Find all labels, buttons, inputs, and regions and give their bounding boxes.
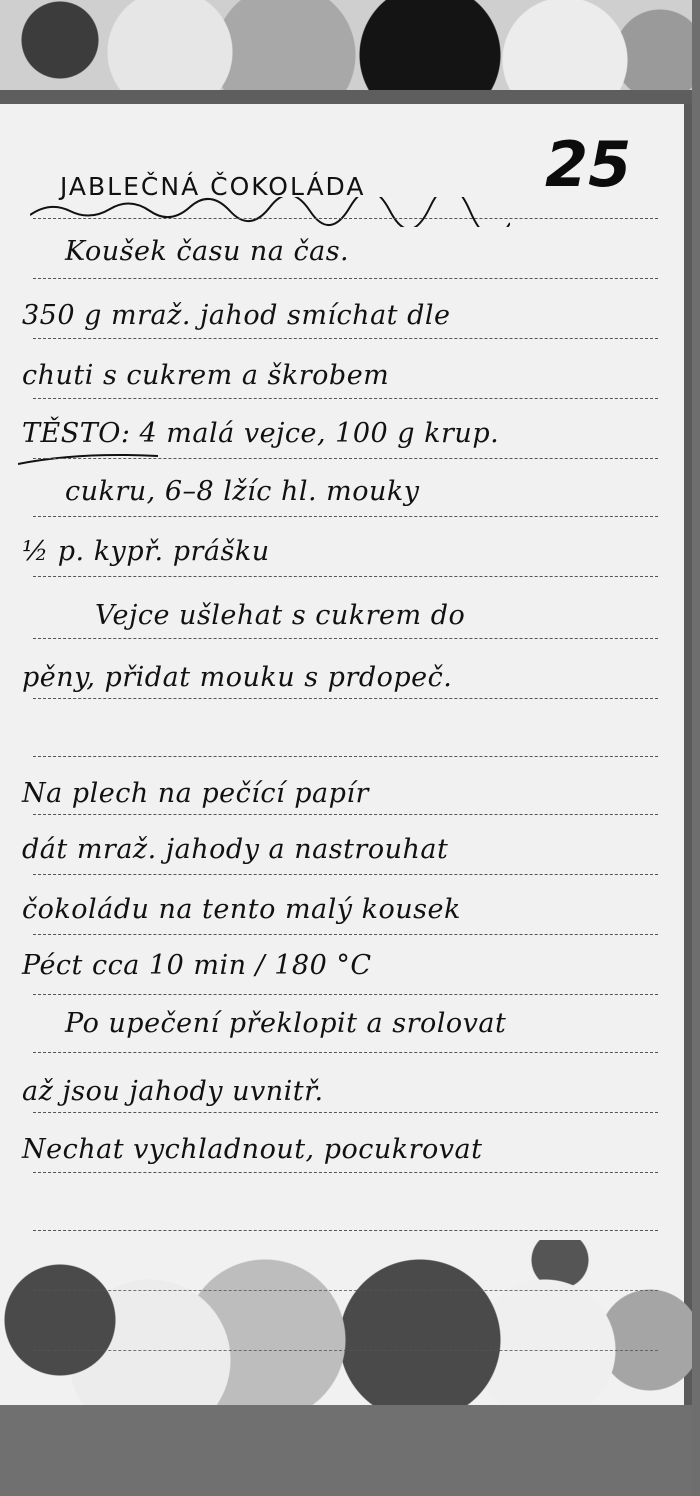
recipe-line: pěny, přidat mouku s prdopeč.	[22, 662, 662, 693]
recipe-card: 25 JABLEČNÁ ČOKOLÁDA Koušek času na čas.…	[0, 0, 692, 1496]
recipe-line: ½ p. kypř. prášku	[22, 536, 662, 567]
ruled-line	[33, 874, 658, 875]
ruled-line	[33, 994, 658, 995]
ruled-line	[33, 1052, 658, 1053]
ruled-line	[33, 698, 658, 699]
title-wavy-underline	[30, 197, 510, 227]
recipe-line-dough-label: TĚSTO: 4 malá vejce, 100 g krup.	[22, 418, 662, 449]
bottom-band	[0, 1405, 692, 1496]
dough-label-underline	[18, 452, 158, 466]
ruled-line	[33, 934, 658, 935]
floral-border-top	[0, 0, 692, 104]
ruled-line	[33, 756, 658, 757]
ruled-line	[33, 1172, 658, 1173]
ruled-line	[33, 218, 658, 219]
ruled-line	[33, 398, 658, 399]
ruled-line	[33, 1350, 658, 1351]
recipe-line: Vejce ušlehat s cukrem do	[95, 600, 700, 631]
recipe-line: až jsou jahody uvnitř.	[22, 1076, 662, 1107]
ruled-line	[33, 1290, 658, 1291]
recipe-line: 350 g mraž. jahod smíchat dle	[22, 300, 662, 331]
recipe-line: Na plech na pečící papír	[22, 778, 662, 809]
ruled-line	[33, 338, 658, 339]
ruled-line	[33, 458, 658, 459]
recipe-line: Péct cca 10 min / 180 °C	[22, 950, 662, 981]
recipe-line: cukru, 6–8 lžíc hl. mouky	[65, 476, 700, 507]
recipe-line: Po upečení překlopit a srolovat	[65, 1008, 700, 1039]
recipe-line: chuti s cukrem a škrobem	[22, 360, 662, 391]
ruled-line	[33, 1112, 658, 1113]
ruled-line	[33, 516, 658, 517]
ruled-line	[33, 576, 658, 577]
recipe-line: dát mraž. jahody a nastrouhat	[22, 834, 662, 865]
ruled-line	[33, 278, 658, 279]
recipe-line: čokoládu na tento malý kousek	[22, 894, 662, 925]
ruled-line	[33, 638, 658, 639]
ruled-line	[33, 814, 658, 815]
ruled-line	[33, 1230, 658, 1231]
recipe-line: Nechat vychladnout, pocukrovat	[22, 1134, 662, 1165]
recipe-line: Koušek času na čas.	[65, 236, 700, 267]
floral-border-bottom	[0, 1240, 692, 1410]
